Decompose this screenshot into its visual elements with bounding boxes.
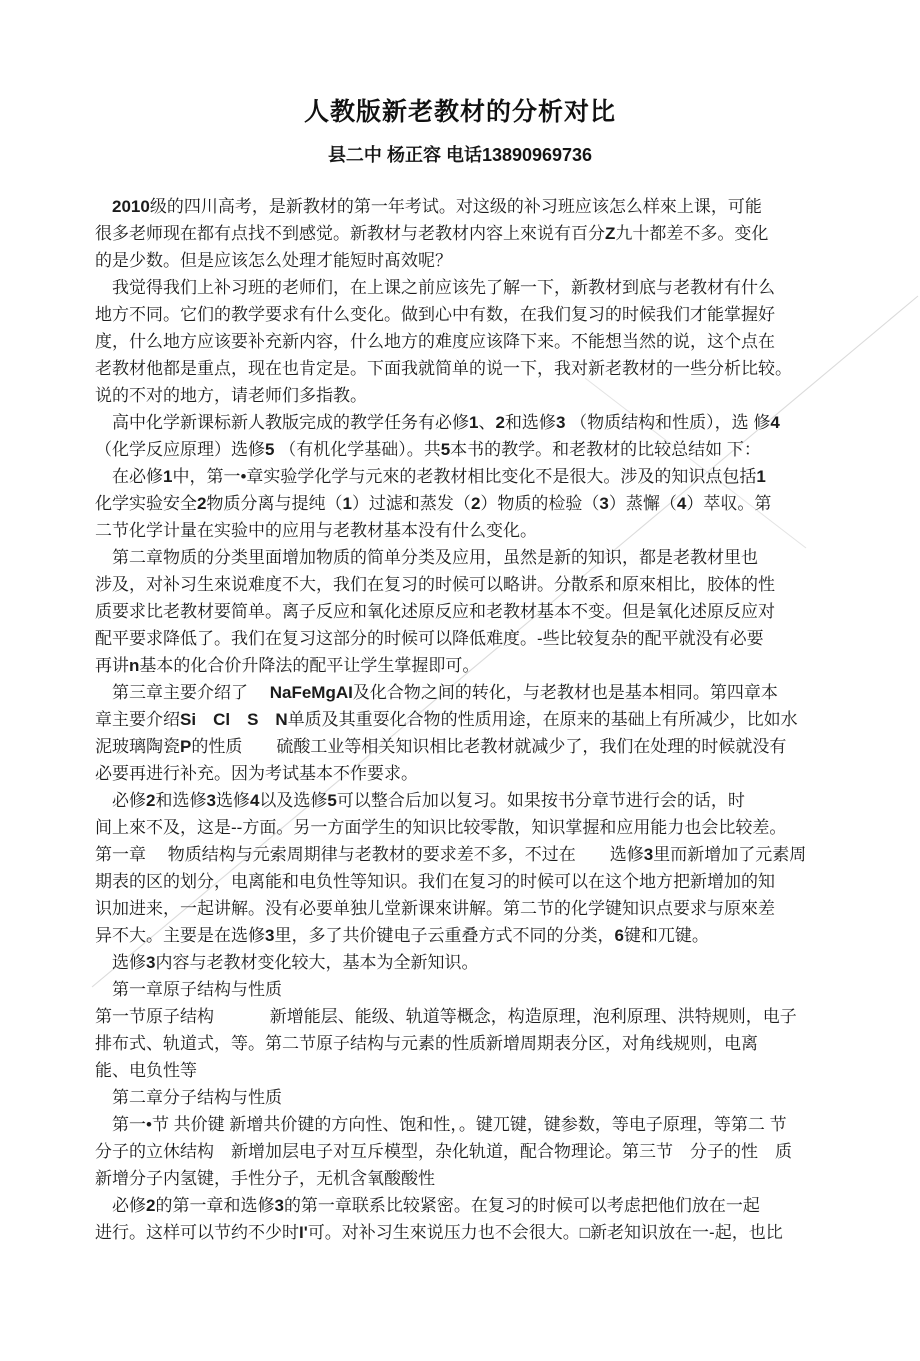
paragraph: 必修2的第一章和选修3的第一章联系比较紧密。在复习的时候可以考虑把他们放在一起进… bbox=[95, 1192, 840, 1246]
text-line: 第一•节 共价键 新增共价键的方向性、饱和性，。键兀键，键参数，等电子原理，等第… bbox=[95, 1111, 840, 1138]
text-line: 能、电负性等 bbox=[95, 1057, 840, 1084]
text-line: 的是少数。但是应该怎么处理才能短时髙效呢？ bbox=[95, 247, 840, 274]
text-line: 第一节原子结构 新增能层、能级、轨道等概念，构造原理，泡利原理、洪特规则，电子 bbox=[95, 1003, 840, 1030]
text-line: 说的不对的地方，请老师们多指教。 bbox=[95, 382, 840, 409]
text-line: 质要求比老教材要简单。离子反应和氧化述原反应和老教材基本不变。但是氧化述原反应对 bbox=[95, 598, 840, 625]
text-line: 2010级的四川高考，是新教材的第一年考试。对这级的补习班应该怎么样來上课，可能 bbox=[95, 193, 840, 220]
text-line: 老教材他都是重点，现在也肯定是。下面我就简单的说一下，我对新老教材的一些分析比较… bbox=[95, 355, 840, 382]
text-line: 二节化学计量在实验中的应用与老教材基本没有什么变化。 bbox=[95, 517, 840, 544]
text-line: （化学反应原理）选修5 （有机化学基础）。共5本书的教学。和老教材的比较总结如 … bbox=[95, 436, 840, 463]
text-line: 新增分子内氢键，手性分子，无机含氧酸酸性 bbox=[95, 1165, 840, 1192]
text-line: 第三章主要介绍了 NaFeMgAI及化合物之间的转化，与老教材也是基本相同。第四… bbox=[95, 679, 840, 706]
document-body: 2010级的四川高考，是新教材的第一年考试。对这级的补习班应该怎么样來上课，可能… bbox=[95, 193, 840, 1246]
text-line: 识加进来，一起讲解。没有必要单独儿堂新课來讲解。第二节的化学键知识点要求与原來差 bbox=[95, 895, 840, 922]
paragraph: 第一章原子结构与性质 bbox=[95, 976, 840, 1003]
paragraph: 第二章分子结构与性质 bbox=[95, 1084, 840, 1111]
text-line: 很多老师现在都有点找不到感觉。新教材与老教材内容上來说有百分Z九十都差不多。变化 bbox=[95, 220, 840, 247]
text-line: 度，什么地方应该要补充新内容，什么地方的难度应该降下来。不能想当然的说，这个点在 bbox=[95, 328, 840, 355]
page-title: 人教版新老教材的分析对比 bbox=[0, 92, 920, 128]
paragraph: 我觉得我们上补习班的老师们，在上课之前应该先了解一下，新教材到底与老教材有什么地… bbox=[95, 274, 840, 409]
text-line: 章主要介绍Si Cl S N单质及其重耍化合物的性质用途，在原来的基础上有所减少… bbox=[95, 706, 840, 733]
paragraph: 第一•节 共价键 新增共价键的方向性、饱和性，。键兀键，键参数，等电子原理，等第… bbox=[95, 1111, 840, 1192]
text-line: 分子的立休结构 新增加层电子对互斥模型，杂化轨道，配合物理论。第三节 分子的性 … bbox=[95, 1138, 840, 1165]
text-line: 再讲n基本的化合价升降法的配平让学生掌握即可。 bbox=[95, 652, 840, 679]
text-line: 进行。这样可以节约不少时I'可。对补习生來说压力也不会很大。□新老知识放在一-起… bbox=[95, 1219, 840, 1246]
text-line: 必修2和选修3选修4以及选修5可以整合后加以复习。如果按书分章节进行会的话，时 bbox=[95, 787, 840, 814]
text-line: 泥玻璃陶瓷P的性质 硫酸工业等相关知识相比老教材就减少了，我们在处理的时候就没有 bbox=[95, 733, 840, 760]
text-line: 必要再进行补充。因为考试基本不作要求。 bbox=[95, 760, 840, 787]
text-line: 在必修1中，第一•章实验学化学与元來的老教材相比变化不是很大。涉及的知识点包括1 bbox=[95, 463, 840, 490]
text-line: 第二章分子结构与性质 bbox=[95, 1084, 840, 1111]
paragraph: 高中化学新课标新人教版完成的教学任务有必修1、2和选修3 （物质结构和性质），选… bbox=[95, 409, 840, 463]
paragraph: 选修3内容与老教材变化较大，基本为全新知识。 bbox=[95, 949, 840, 976]
text-line: 我觉得我们上补习班的老师们，在上课之前应该先了解一下，新教材到底与老教材有什么 bbox=[95, 274, 840, 301]
paragraph: 2010级的四川高考，是新教材的第一年考试。对这级的补习班应该怎么样來上课，可能… bbox=[95, 193, 840, 274]
text-line: 配平要求降低了。我们在复习这部分的时候可以降低难度。-些比较复杂的配平就没有必要 bbox=[95, 625, 840, 652]
text-line: 选修3内容与老教材变化较大，基本为全新知识。 bbox=[95, 949, 840, 976]
text-line: 期表的区的划分，电离能和电负性等知识。我们在复习的时候可以在这个地方把新增加的知 bbox=[95, 868, 840, 895]
paragraph: 第三章主要介绍了 NaFeMgAI及化合物之间的转化，与老教材也是基本相同。第四… bbox=[95, 679, 840, 787]
paragraph: 在必修1中，第一•章实验学化学与元來的老教材相比变化不是很大。涉及的知识点包括1… bbox=[95, 463, 840, 544]
text-line: 涉及，对补习生來说难度不大，我们在复习的时候可以略讲。分散系和原來相比，胶体的性 bbox=[95, 571, 840, 598]
text-line: 异不大。主要是在选修3里，多了共价键电子云重叠方式不同的分类，6键和兀键。 bbox=[95, 922, 840, 949]
document-page: 人教版新老教材的分析对比 县二中 杨正容 电话13890969736 2010级… bbox=[0, 0, 920, 1361]
paragraph: 第一节原子结构 新增能层、能级、轨道等概念，构造原理，泡利原理、洪特规则，电子排… bbox=[95, 1003, 840, 1084]
paragraph: 第二章物质的分类里面增加物质的简单分类及应用，虽然是新的知识，都是老教材里也涉及… bbox=[95, 544, 840, 679]
text-line: 必修2的第一章和选修3的第一章联系比较紧密。在复习的时候可以考虑把他们放在一起 bbox=[95, 1192, 840, 1219]
text-line: 第二章物质的分类里面增加物质的简单分类及应用，虽然是新的知识，都是老教材里也 bbox=[95, 544, 840, 571]
text-line: 第一章原子结构与性质 bbox=[95, 976, 840, 1003]
text-line: 地方不同。它们的教学要求有什么变化。做到心中有数，在我们复习的时候我们才能掌握好 bbox=[95, 301, 840, 328]
text-line: 化学实验安全2物质分离与提纯（1）过滤和蒸发（2）物质的检验（3）蒸懈（4）萃収… bbox=[95, 490, 840, 517]
byline: 县二中 杨正容 电话13890969736 bbox=[0, 141, 920, 167]
text-line: 排布式、轨道式，等。第二节原子结构与元素的性质新增周期表分区，对角线规则，电离 bbox=[95, 1030, 840, 1057]
text-line: 高中化学新课标新人教版完成的教学任务有必修1、2和选修3 （物质结构和性质），选… bbox=[95, 409, 840, 436]
text-line: 间上來不及，这是--方面。另一方面学生的知识比较零散，知识掌握和应用能力也会比较… bbox=[95, 814, 840, 841]
paragraph: 必修2和选修3选修4以及选修5可以整合后加以复习。如果按书分章节进行会的话，时间… bbox=[95, 787, 840, 949]
text-line: 第一章 物质结构与元索周期律与老教材的要求差不多，不过在 选修3里而新增加了元素… bbox=[95, 841, 840, 868]
